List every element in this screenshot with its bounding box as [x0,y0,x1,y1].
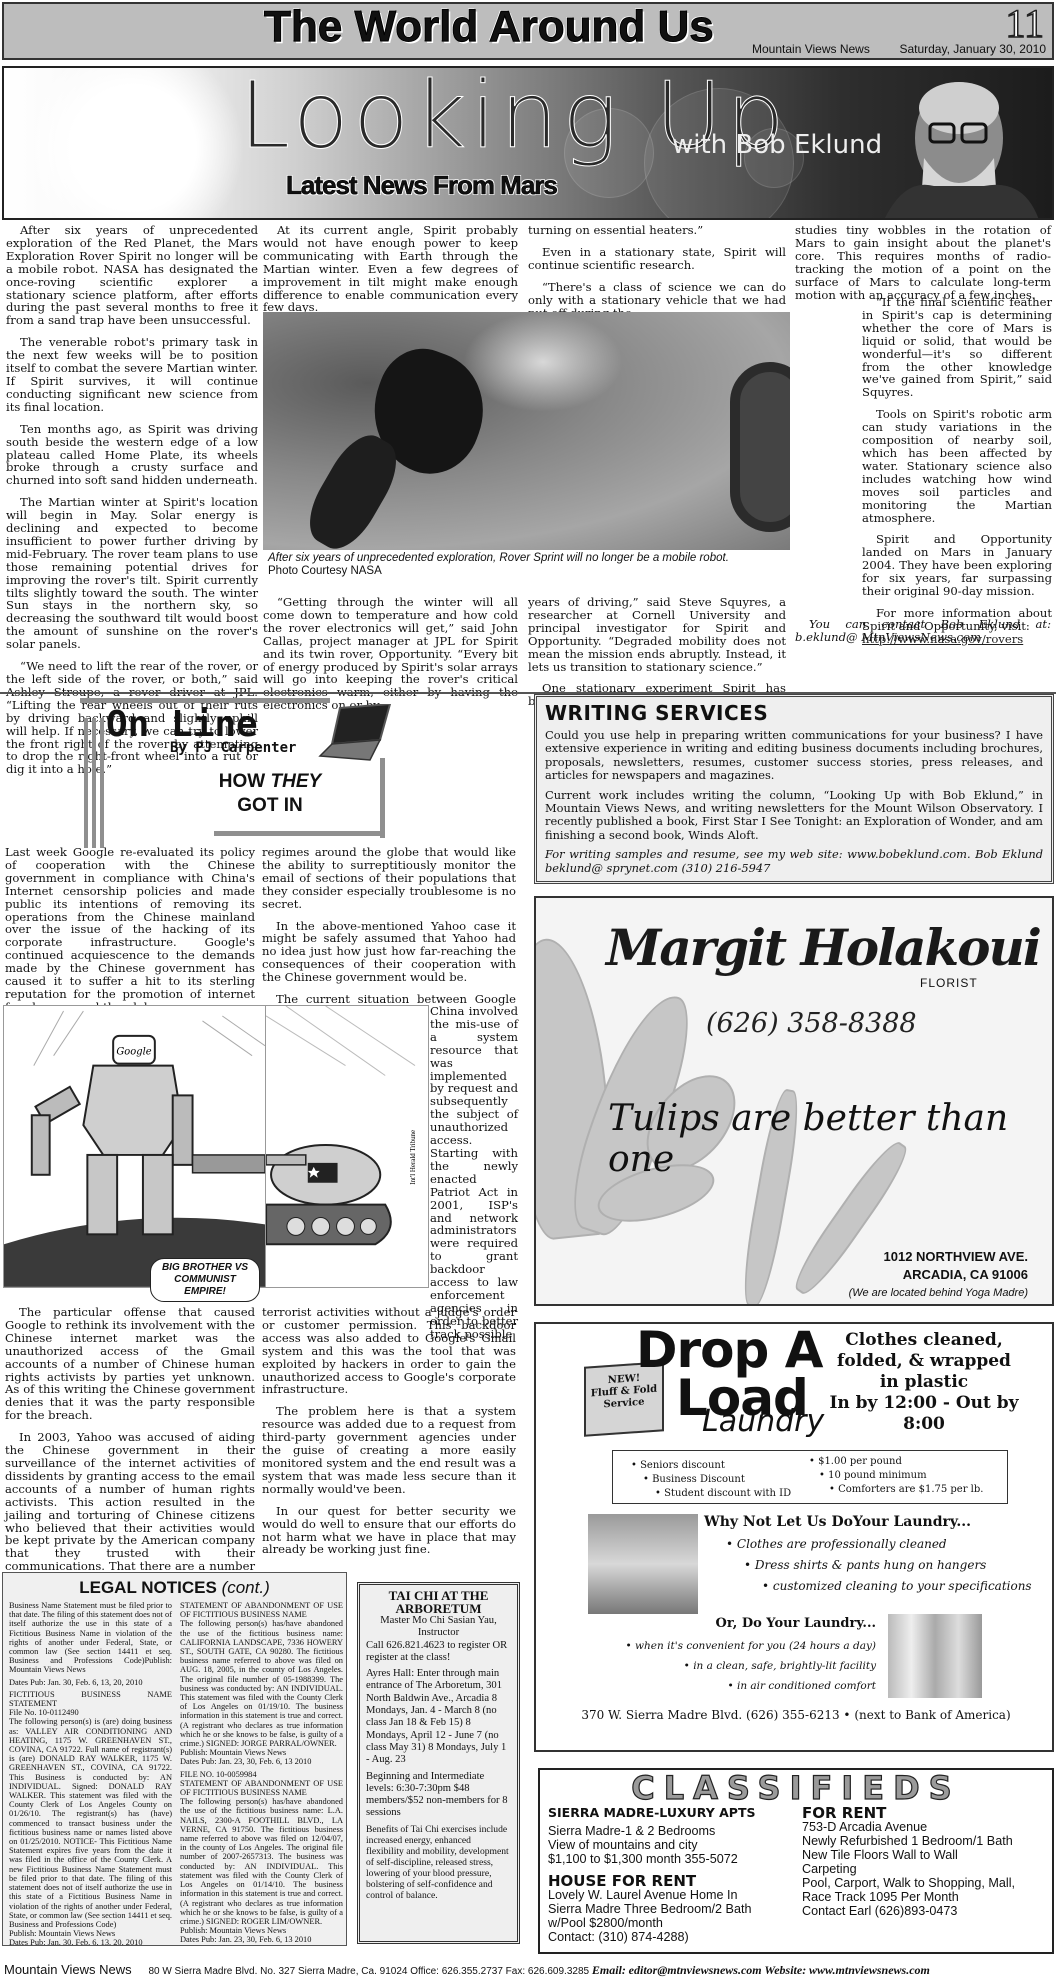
taichi-instructor: Master Mo Chi Sasian Yau, Instructor [366,1615,511,1640]
ad-title: WRITING SERVICES [545,701,1043,725]
taichi-location: Ayres Hall: Enter through main entrance … [366,1668,511,1766]
banner-headline: Latest News From Mars [286,170,557,201]
classified-line: Contact Earl (626)893-0473 [802,1904,1052,1918]
china-tank-cartoon: Int'l Herald Tribune [266,1005,429,1288]
address-line: 1012 NORTHVIEW AVE. [849,1248,1028,1266]
column-banner: Looking Up with Bob Eklund Latest News F… [2,66,1054,220]
notice-file-no: File No. 10-0112490 [9,1708,172,1717]
discount-item: • Seniors discount [631,1459,791,1473]
cartoon-speech-bubble: BIG BROTHER VS COMMUNIST EMPIRE! [150,1258,260,1302]
classifieds-col2: FOR RENT 753-D Arcadia Avenue Newly Refu… [802,1806,1052,1918]
paragraph: Last week Google re-evaluated its policy… [5,846,255,1014]
publication-name: Mountain Views News [752,42,870,56]
price-list: • $1.00 per pound • 10 pound minimum • C… [809,1455,983,1497]
photo-caption: After six years of unprecedented explora… [268,552,788,578]
taichi-call: Call 626.821.4623 to register OR registe… [366,1640,511,1665]
pricing-box: • Seniors discount • Business Discount •… [612,1450,1008,1504]
paragraph: Tools on Spirit's robotic arm can study … [862,408,1052,524]
masthead: The World Around Us 11 Mountain Views Ne… [2,2,1054,60]
footer-email-link[interactable]: editor@mtnviewsnews.com [629,1963,762,1977]
headline-line: In by 12:00 - Out by [814,1393,1034,1414]
footer-publication: Mountain Views News [4,1962,132,1977]
florist-subtitle: FLORIST [920,976,978,990]
online-article-col1-bottom: The particular offense that caused Googl… [5,1306,255,1586]
notice-text: The following person(s) has/have abandon… [180,1619,343,1748]
why-item: • customized cleaning to your specificat… [726,1576,1032,1597]
decor-bar [80,698,330,703]
notice-heading: STATEMENT OF ABANDONMENT OF USE OF FICTI… [180,1601,343,1619]
classified-line: View of mountains and city [548,1838,798,1852]
classified-heading: SIERRA MADRE-LUXURY APTS [548,1806,798,1820]
laundry-headline: Clothes cleaned, folded, & wrapped in pl… [814,1330,1034,1435]
paragraph: Spirit and Opportunity landed on Mars in… [862,533,1052,598]
why-title: Why Not Let Us DoYour Laundry... [704,1514,971,1530]
or-title: Or, Do Your Laundry... [716,1616,876,1631]
logo-line: Drop A [636,1326,822,1374]
laptop-icon [318,704,392,766]
paragraph: “If the final scientific feather in Spir… [862,296,1052,399]
notice-text: The following person(s) has/have abandon… [180,1797,343,1926]
why-item: • Clothes are professionally cleaned [726,1534,1032,1555]
robot-label: Google [116,1047,151,1058]
paragraph: The particular offense that caused Googl… [5,1306,255,1422]
classifieds-title: CLASSIFIEDS [540,1770,1052,1806]
classified-line: 753-D Arcadia Avenue [802,1820,1052,1834]
notice-heading: STATEMENT OF ABANDONMENT OF USE OF FICTI… [180,1779,343,1797]
photo-ridge [463,312,623,412]
paragraph: In the above-mentioned Yahoo case it mig… [262,920,516,985]
or-item: • when it's convenient for you (24 hours… [626,1636,876,1656]
classifieds: CLASSIFIEDS SIERRA MADRE-LUXURY APTS Sie… [538,1768,1054,1954]
legal-col2: STATEMENT OF ABANDONMENT OF USE OF FICTI… [180,1601,343,1946]
footer-email-label: Email: [592,1963,626,1977]
online-article-col2-top: regimes around the globe that would like… [262,846,516,1019]
banner-byline: with Bob Eklund [672,130,882,160]
or-item: • in a clean, safe, brightly-lit facilit… [626,1656,876,1676]
decor-bar [84,718,88,848]
headline-line: 8:00 [814,1414,1034,1435]
classified-line: New Tile Floors Wall to Wall [802,1848,1052,1862]
title-suffix: (cont.) [222,1578,270,1597]
headline-line: Clothes cleaned, [814,1330,1034,1351]
classified-line: w/Pool $2800/month [548,1916,798,1930]
classified-line: Newly Refurbished 1 Bedroom/1 Bath [802,1834,1052,1848]
photo-credit: Photo Courtesy NASA [268,565,788,578]
paragraph: studies tiny wobbles in the rotation of … [795,224,1051,301]
footer-website-label: Website: [764,1963,806,1977]
classified-line: Sierra Madre-1 & 2 Bedrooms [548,1824,798,1838]
paragraph: years of driving,” said Steve Squyres, a… [528,596,786,673]
discount-item: • Business Discount [631,1473,791,1487]
caption-text: After six years of unprecedented explora… [268,552,788,565]
decor-bar [92,718,96,848]
paragraph: At its current angle, Spirit probably wo… [263,224,518,314]
address-note: (We are located behind Yoga Madre) [849,1284,1028,1302]
classified-heading: HOUSE FOR RENT [548,1874,798,1888]
why-list: • Clothes are professionally cleaned • D… [726,1534,1032,1597]
section-title: The World Around Us [264,2,714,52]
florist-ad: Margit Holakoui FLORIST (626) 358-8388 T… [534,896,1054,1306]
florist-name: Margit Holakoui [606,918,1040,977]
laundry-address: 370 W. Sierra Madre Blvd. (626) 355-6213… [536,1708,1054,1722]
classified-line: Sierra Madre Three Bedroom/2 Bath [548,1902,798,1916]
decor-bar [380,758,385,838]
classified-heading: FOR RENT [802,1806,1052,1820]
online-byline: By PJ Carpenter [170,740,296,756]
paragraph: terrorist activities without a judge's o… [262,1306,516,1396]
rover-wheel [730,362,790,532]
online-logo-title: On Line [106,704,258,745]
classified-line: $1,100 to $1,300 month 355-5072 [548,1852,798,1866]
florist-tagline: Tulips are better than one [608,1098,1052,1180]
decor-bar [214,831,384,836]
price-item: • Comforters are $1.75 per lb. [809,1483,983,1497]
classified-line: Lovely W. Laurel Avenue Home In [548,1888,798,1902]
classified-line: Race Track 1095 Per Month [802,1890,1052,1904]
legal-col1: Business Name Statement must be filed pr… [9,1601,172,1946]
headline-emphasis: THEY [271,771,322,792]
paragraph: Even in a stationary state, Spirit will … [528,246,786,272]
paragraph: turning on essential heaters.” [528,224,786,237]
paragraph: In our quest for better security we woul… [262,1505,516,1557]
online-article-col2-bottom: terrorist activities without a judge's o… [262,1306,516,1565]
ad-paragraph: Current work includes writing the column… [545,789,1043,843]
author-contact: You can contact Bob Eklund at: b.eklund@… [795,618,1051,653]
paragraph: In 2003, Yahoo was accused of aiding the… [5,1431,255,1586]
notice-publish: Publish: Mountain Views News [180,1748,343,1757]
paragraph: The Martian winter at Spirit's location … [6,496,258,651]
notice-dates: Dates Pub: Jan. 30, Feb. 6, 13, 20, 2010 [9,1678,172,1687]
title-text: LEGAL NOTICES [79,1578,217,1597]
address-line: ARCADIA, CA 91006 [849,1266,1028,1284]
notice-publish: Publish: Mountain Views News [180,1926,343,1935]
ad-paragraph: Could you use help in preparing written … [545,729,1043,783]
classified-line: Pool, Carport, Walk to Shopping, Mall, [802,1876,1052,1890]
taichi-ad: TAI CHI AT THE ARBORETUM Master Mo Chi S… [357,1582,520,1944]
paragraph: China involved the mis-use of a system r… [430,1005,518,1341]
footer-website-link[interactable]: www.mtnviewsnews.com [809,1963,930,1977]
taichi-title: TAI CHI AT THE ARBORETUM [366,1589,511,1615]
online-column-logo: On Line By PJ Carpenter HOW THEY GOT IN [80,698,410,848]
notice-dates: Dates Pub: Jan. 23, 30, Feb. 6, 13 2010 [180,1757,343,1766]
headline-part: HOW [219,771,265,792]
legal-notices-title: LEGAL NOTICES (cont.) [3,1578,346,1598]
online-article-narrow-col: China involved the mis-use of a system r… [430,1005,518,1350]
paragraph: The venerable robot's primary task in th… [6,336,258,413]
google-robot-cartoon: Google [3,1005,266,1288]
footer-address: 80 W Sierra Madre Blvd. No. 327 Sierra M… [148,1966,589,1977]
classifieds-col1: SIERRA MADRE-LUXURY APTS Sierra Madre-1 … [548,1806,798,1944]
paragraph: “Getting through the winter will all com… [263,596,518,712]
ad-contact: For writing samples and resume, see my w… [545,848,1043,875]
paragraph: regimes around the globe that would like… [262,846,516,911]
classified-line: Carpeting [802,1862,1052,1876]
page-footer: Mountain Views News 80 W Sierra Madre Bl… [4,1962,1054,1982]
laundry-word: Laundry [702,1404,824,1439]
notice-dates: Dates Pub: Jan. 23, 30, Feb. 6, 13 2010 [180,1935,343,1944]
price-item: • $1.00 per pound [809,1455,983,1469]
contact-text: You can contact Bob Eklund at: b.eklund@… [795,618,1051,644]
mars-article-col4-side: “If the final scientific feather in Spir… [862,296,1052,646]
price-item: • 10 pound minimum [809,1469,983,1483]
cartoon-credit: Int'l Herald Tribune [409,1130,417,1185]
why-item: • Dress shirts & pants hung on hangers [726,1555,1032,1576]
laundry-ad: NEW! Fluff & Fold Service Drop A Load La… [534,1322,1054,1752]
decor-bar [100,718,104,848]
headline-part: GOT IN [237,795,302,816]
florist-address: 1012 NORTHVIEW AVE. ARCADIA, CA 91006 (W… [849,1248,1028,1302]
discount-item: • Student discount with ID [631,1487,791,1501]
woman-photo [588,1514,698,1614]
headline-line: folded, & wrapped [814,1351,1034,1372]
taichi-levels: Beginning and Intermediate levels: 6:30-… [366,1771,511,1820]
classified-line: Contact: (310) 874-4288) [548,1930,798,1944]
notice-text: Business Name Statement must be filed pr… [9,1601,172,1675]
florist-phone: (626) 358-8388 [706,1008,917,1039]
notice-heading: FICTITIOUS BUSINESS NAME STATEMENT [9,1690,172,1708]
writing-services-ad: WRITING SERVICES Could you use help in p… [534,694,1054,884]
notice-file-no: FILE NO. 10-0059984 [180,1770,343,1779]
or-item: • in air conditioned comfort [626,1676,876,1696]
banner-glow [14,66,254,220]
notice-dates: Dates Pub: Jan. 30, Feb. 6, 13, 20, 2010 [9,1938,172,1946]
mars-article-col2-top: At its current angle, Spirit probably wo… [263,224,518,323]
online-headline: HOW THEY GOT IN [190,770,350,818]
washing-machines-photo [888,1614,982,1698]
headline-line: in plastic [814,1372,1034,1393]
paragraph: Ten months ago, as Spirit was driving so… [6,423,258,488]
legal-notices: LEGAL NOTICES (cont.) Business Name Stat… [2,1572,347,1946]
publication-date: Saturday, January 30, 2010 [899,42,1046,56]
paragraph: After six years of unprecedented explora… [6,224,258,327]
or-list: • when it's convenient for you (24 hours… [626,1636,876,1696]
page-number: 11 [1005,0,1044,47]
notice-text: The following person(s) is (are) doing b… [9,1717,172,1929]
notice-publish: Publish: Mountain Views News [9,1929,172,1938]
paragraph: The problem here is that a system resour… [262,1405,516,1495]
discount-list: • Seniors discount • Business Discount •… [631,1459,791,1501]
taichi-benefits: Benefits of Tai Chi exercises include in… [366,1824,511,1901]
online-article-col1-top: Last week Google re-evaluated its policy… [5,846,255,1023]
author-portrait-photo [864,68,1054,220]
mars-rover-photo [263,312,790,550]
